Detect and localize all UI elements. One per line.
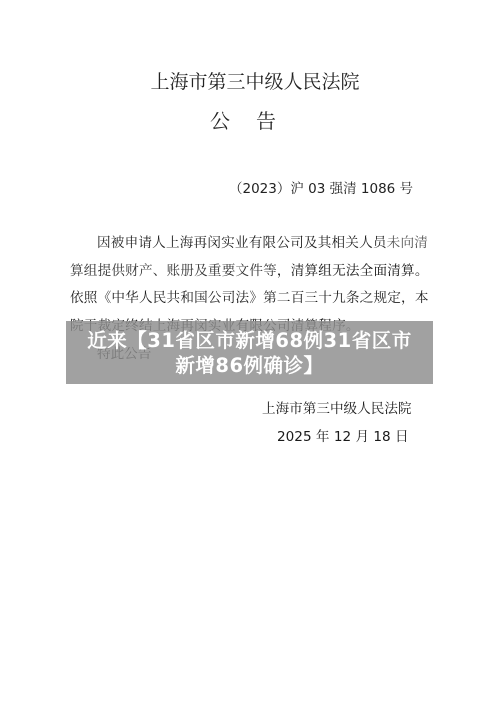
paragraph-text: 因被申请人上海再闵实业有限公司及其相关人员 [97,235,387,251]
headline-overlay-banner: 近来【31省区市新增68例31省区市 新增86例确诊】 [66,321,433,384]
court-title: 上海市第三中级人民法院 [0,73,500,92]
paragraph-line-2: 算组提供财产、账册及重要文件等，清算组无法全面清算。 [70,265,429,279]
court-notice-page: 上海市第三中级人民法院 公告 （2023）沪 03 强清 1086 号 因被申请… [0,0,500,706]
overlay-headline-line-1: 近来【31省区市新增68例31省区市 [87,328,411,353]
signature-date: 2025 年 12 月 18 日 [277,431,409,445]
signature-court: 上海市第三中级人民法院 [262,403,412,417]
paragraph-text: 未向清 [387,235,428,251]
notice-title: 公告 [0,111,500,131]
overlay-headline-line-2: 新增86例确诊】 [175,353,323,378]
document-number: （2023）沪 03 强清 1086 号 [229,183,413,197]
paragraph-text: ，清算组无法全面清算。 [277,263,429,279]
paragraph-line-3: 依照《中华人民共和国公司法》第二百三十九条之规定，本 [70,292,429,306]
paragraph-text: 算组提供财产、账册及重要文件等 [70,263,277,279]
paragraph-line-1: 因被申请人上海再闵实业有限公司及其相关人员未向清 [97,237,428,251]
paragraph-text: 依照《中华人民共和国公司法》第二百三十九条之规定，本 [70,290,429,306]
